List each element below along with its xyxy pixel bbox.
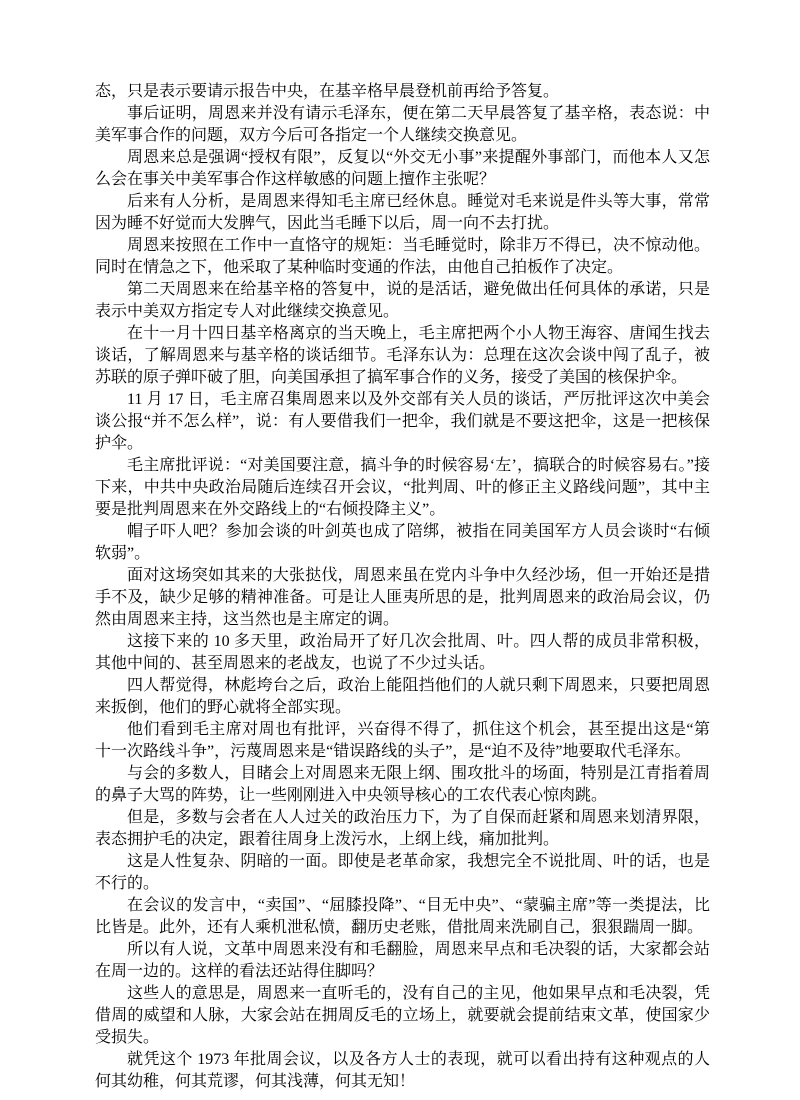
- paragraph: 事后证明，周恩来并没有请示毛泽东，便在第二天早晨答复了基辛格，表态说：中美军事合…: [95, 103, 710, 147]
- paragraph: 与会的多数人，目睹会上对周恩来无限上纲、围攻批斗的场面，特别是江青指着周的鼻子大…: [95, 763, 710, 807]
- paragraph: 周恩来按照在工作中一直恪守的规矩：当毛睡觉时，除非万不得已，决不惊动他。同时在情…: [95, 235, 710, 279]
- paragraph: 态，只是表示要请示报告中央，在基辛格早晨登机前再给予答复。: [95, 81, 710, 103]
- paragraph: 四人帮觉得，林彪垮台之后，政治上能阻挡他们的人就只剩下周恩来，只要把周恩来扳倒，…: [95, 675, 710, 719]
- paragraph: 他们看到毛主席对周也有批评，兴奋得不得了，抓住这个机会，甚至提出这是“第十一次路…: [95, 719, 710, 763]
- paragraph: 毛主席批评说：“对美国要注意，搞斗争的时候容易‘左’，搞联合的时候容易右。”接下…: [95, 455, 710, 521]
- paragraph: 在会议的发言中，“卖国”、“屈膝投降”、“目无中央”、“蒙骗主席”等一类提法，比…: [95, 895, 710, 939]
- paragraph: 所以有人说，文革中周恩来没有和毛翻脸，周恩来早点和毛决裂的话，大家都会站在周一边…: [95, 939, 710, 983]
- paragraph: 这接下来的 10 多天里，政治局开了好几次会批周、叶。四人帮的成员非常积极，其他…: [95, 631, 710, 675]
- paragraph: 后来有人分析，是周恩来得知毛主席已经休息。睡觉对毛来说是件头等大事，常常因为睡不…: [95, 191, 710, 235]
- paragraph: 第二天周恩来在给基辛格的答复中，说的是活话，避免做出任何具体的承诺，只是表示中美…: [95, 279, 710, 323]
- document-page: 态，只是表示要请示报告中央，在基辛格早晨登机前再给予答复。事后证明，周恩来并没有…: [0, 0, 800, 1100]
- paragraph: 就凭这个 1973 年批周会议，以及各方人士的表现，就可以看出持有这种观点的人何…: [95, 1049, 710, 1093]
- paragraph: 面对这场突如其来的大张挞伐，周恩来虽在党内斗争中久经沙场，但一开始还是措手不及，…: [95, 565, 710, 631]
- paragraph: 帽子吓人吧？参加会谈的叶剑英也成了陪绑，被指在同美国军方人员会谈时“右倾软弱”。: [95, 521, 710, 565]
- paragraph: 周恩来总是强调“授权有限”，反复以“外交无小事”来提醒外事部门，而他本人又怎么会…: [95, 147, 710, 191]
- paragraph: 在十一月十四日基辛格离京的当天晚上，毛主席把两个小人物王海容、唐闻生找去谈话，了…: [95, 323, 710, 389]
- paragraph: 11 月 17 日，毛主席召集周恩来以及外交部有关人员的谈话，严厉批评这次中美会…: [95, 389, 710, 455]
- text-body: 态，只是表示要请示报告中央，在基辛格早晨登机前再给予答复。事后证明，周恩来并没有…: [95, 81, 710, 1093]
- paragraph: 这是人性复杂、阴暗的一面。即使是老革命家，我想完全不说批周、叶的话，也是不行的。: [95, 851, 710, 895]
- paragraph: 但是，多数与会者在人人过关的政治压力下，为了自保而赶紧和周恩来划清界限，表态拥护…: [95, 807, 710, 851]
- paragraph: 这些人的意思是，周恩来一直听毛的，没有自己的主见，他如果早点和毛决裂，凭借周的威…: [95, 983, 710, 1049]
